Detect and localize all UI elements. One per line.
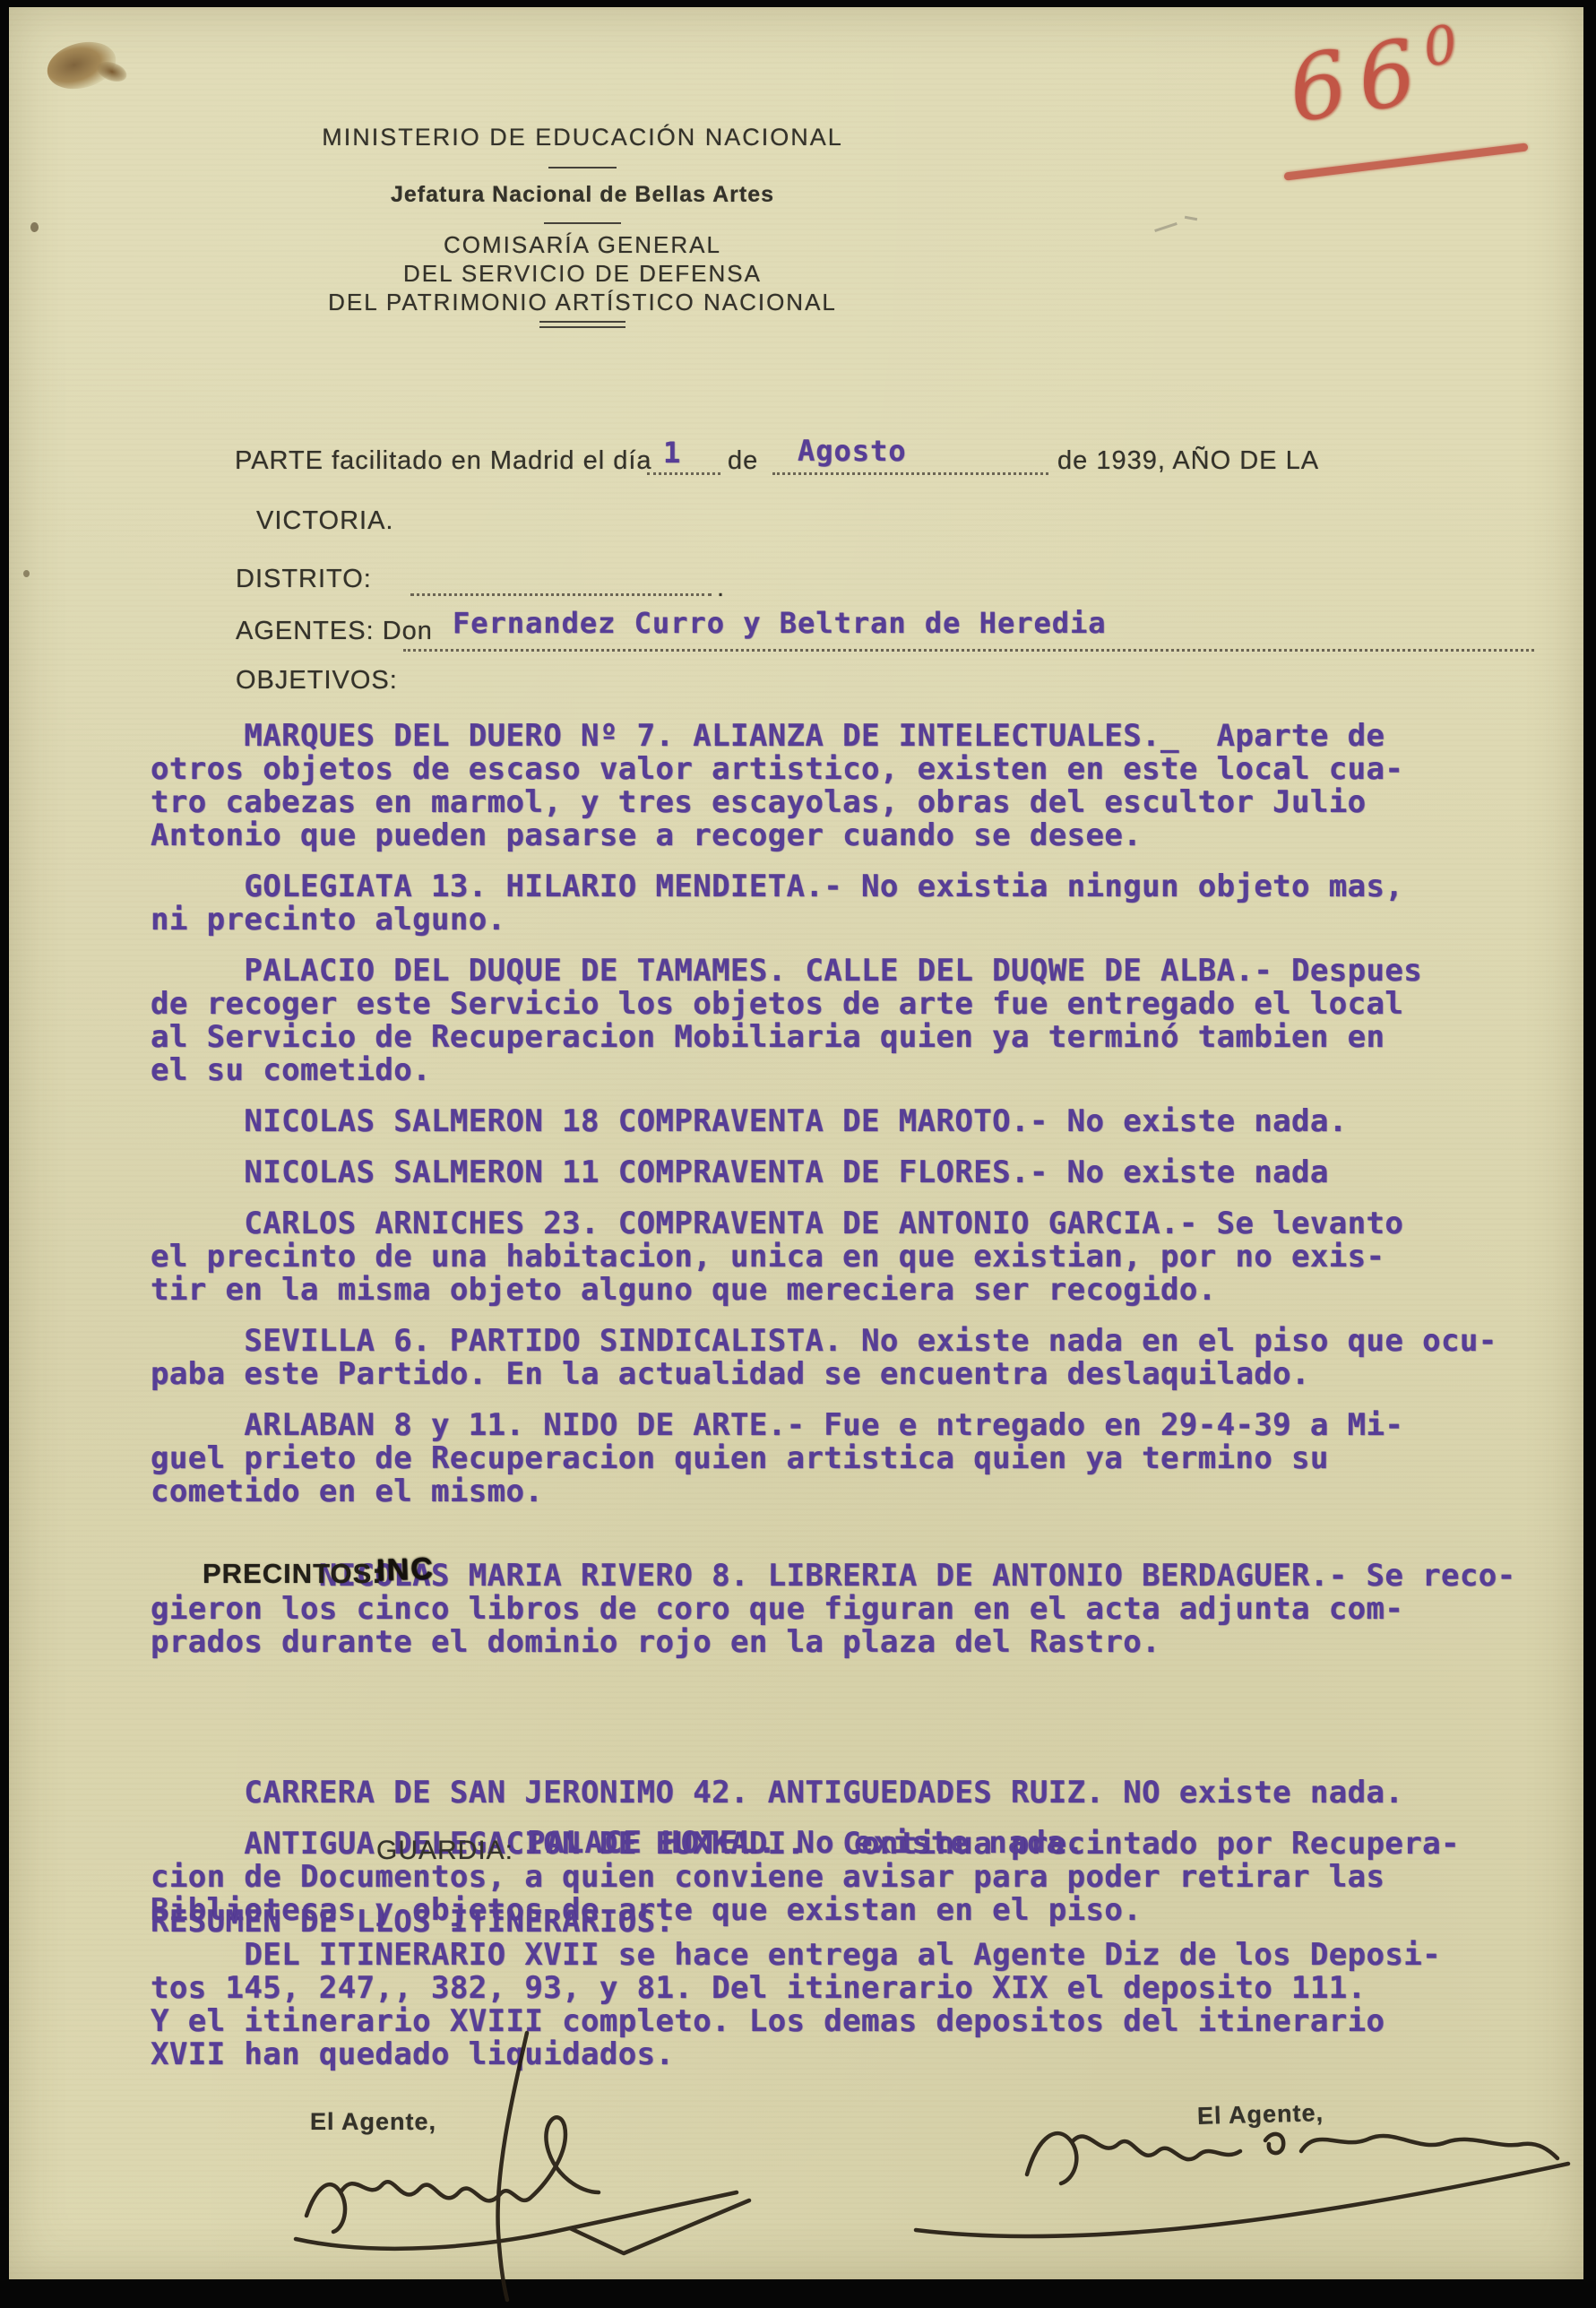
archive-number-main: 66 [1281,17,1436,143]
report-paragraph: ARLABAN 8 y 11. NIDO DE ARTE.- Fue e ntr… [151,1409,1571,1508]
report-paragraph: PALACIO DEL DUQUE DE TAMAMES. CALLE DEL … [151,955,1571,1087]
signature-left-name [306,2117,599,2232]
ministry-title: MINISTERIO DE EDUCACIÓN NACIONAL [269,124,896,151]
header-rule-double [539,321,625,328]
de-label: de [728,446,758,476]
report-paragraph: GOLEGIATA 13. HILARIO MENDIETA.- No exis… [151,870,1571,937]
report-paragraph: SEVILLA 6. PARTIDO SINDICALISTA. No exis… [151,1325,1571,1391]
report-paragraph: NICOLAS SALMERON 18 COMPRAVENTA DE MAROT… [151,1105,1571,1138]
report-paragraph: CARLOS ARNICHES 23. COMPRAVENTA DE ANTON… [151,1207,1571,1307]
guardia-label: GUARDIA: [376,1836,513,1866]
report-paragraph: CARRERA DE SAN JERONIMO 42. ANTIGUEDADES… [151,1776,1571,1810]
distrito-label: DISTRITO: [236,565,372,594]
ink-speck [23,570,30,577]
comisaria-line1: COMISARÍA GENERAL [269,231,896,259]
guardia-field-value: PALACE HOTEL. No existe nada. [527,1825,1085,1861]
header-rule [548,167,617,169]
agentes-field-value: Fernandez Curro y Beltran de Heredia [453,606,1107,640]
agentes-rule [403,649,1534,652]
agentes-label: AGENTES: Don [236,617,433,646]
signatures-ink [0,2017,1596,2305]
precintos-label: PRECINTOS: [203,1557,383,1590]
comisaria-line2: DEL SERVICIO DE DEFENSA [269,260,896,288]
report-paragraph-with-precintos: NICOLAS MARIA RIVERO 8. LIBRERIA DE ANTO… [151,1526,1571,1759]
jefatura-subtitle: Jefatura Nacional de Bellas Artes [269,182,896,208]
signature-right-flourish [916,2164,1568,2236]
ink-speck [30,222,39,232]
header-rule [544,222,621,224]
ink-overstrike: INC [375,1552,435,1587]
month-field-rule [772,472,1048,475]
day-field-rule [647,472,720,475]
resumen-heading: RESUMEN DE LLOS ITINERARIOS. [151,1906,1571,1939]
signature-left-stroke [498,2033,527,2300]
parte-prefix: PARTE facilitado en Madrid el día [235,446,652,476]
signature-right-name [1027,2133,1557,2183]
scanned-document-page: { "archive_number": { "main": "66", "sup… [0,0,1596,2308]
objetivos-label: OBJETIVOS: [236,666,398,696]
distrito-rule [410,593,712,596]
report-paragraph: NICOLAS SALMERON 11 COMPRAVENTA DE FLORE… [151,1156,1571,1189]
typed-report-body: MARQUES DEL DUERO Nº 7. ALIANZA DE INTEL… [151,720,1571,1945]
victoria-line: VICTORIA. [256,506,394,536]
parte-suffix: de 1939, AÑO DE LA [1057,446,1319,476]
comisaria-line3: DEL PATRIMONIO ARTÍSTICO NACIONAL [269,289,896,316]
report-paragraph: MARQUES DEL DUERO Nº 7. ALIANZA DE INTEL… [151,720,1571,852]
day-field-value: 1 [663,436,681,470]
month-field-value: Agosto [798,434,907,468]
distrito-end-dot: . [717,574,724,603]
